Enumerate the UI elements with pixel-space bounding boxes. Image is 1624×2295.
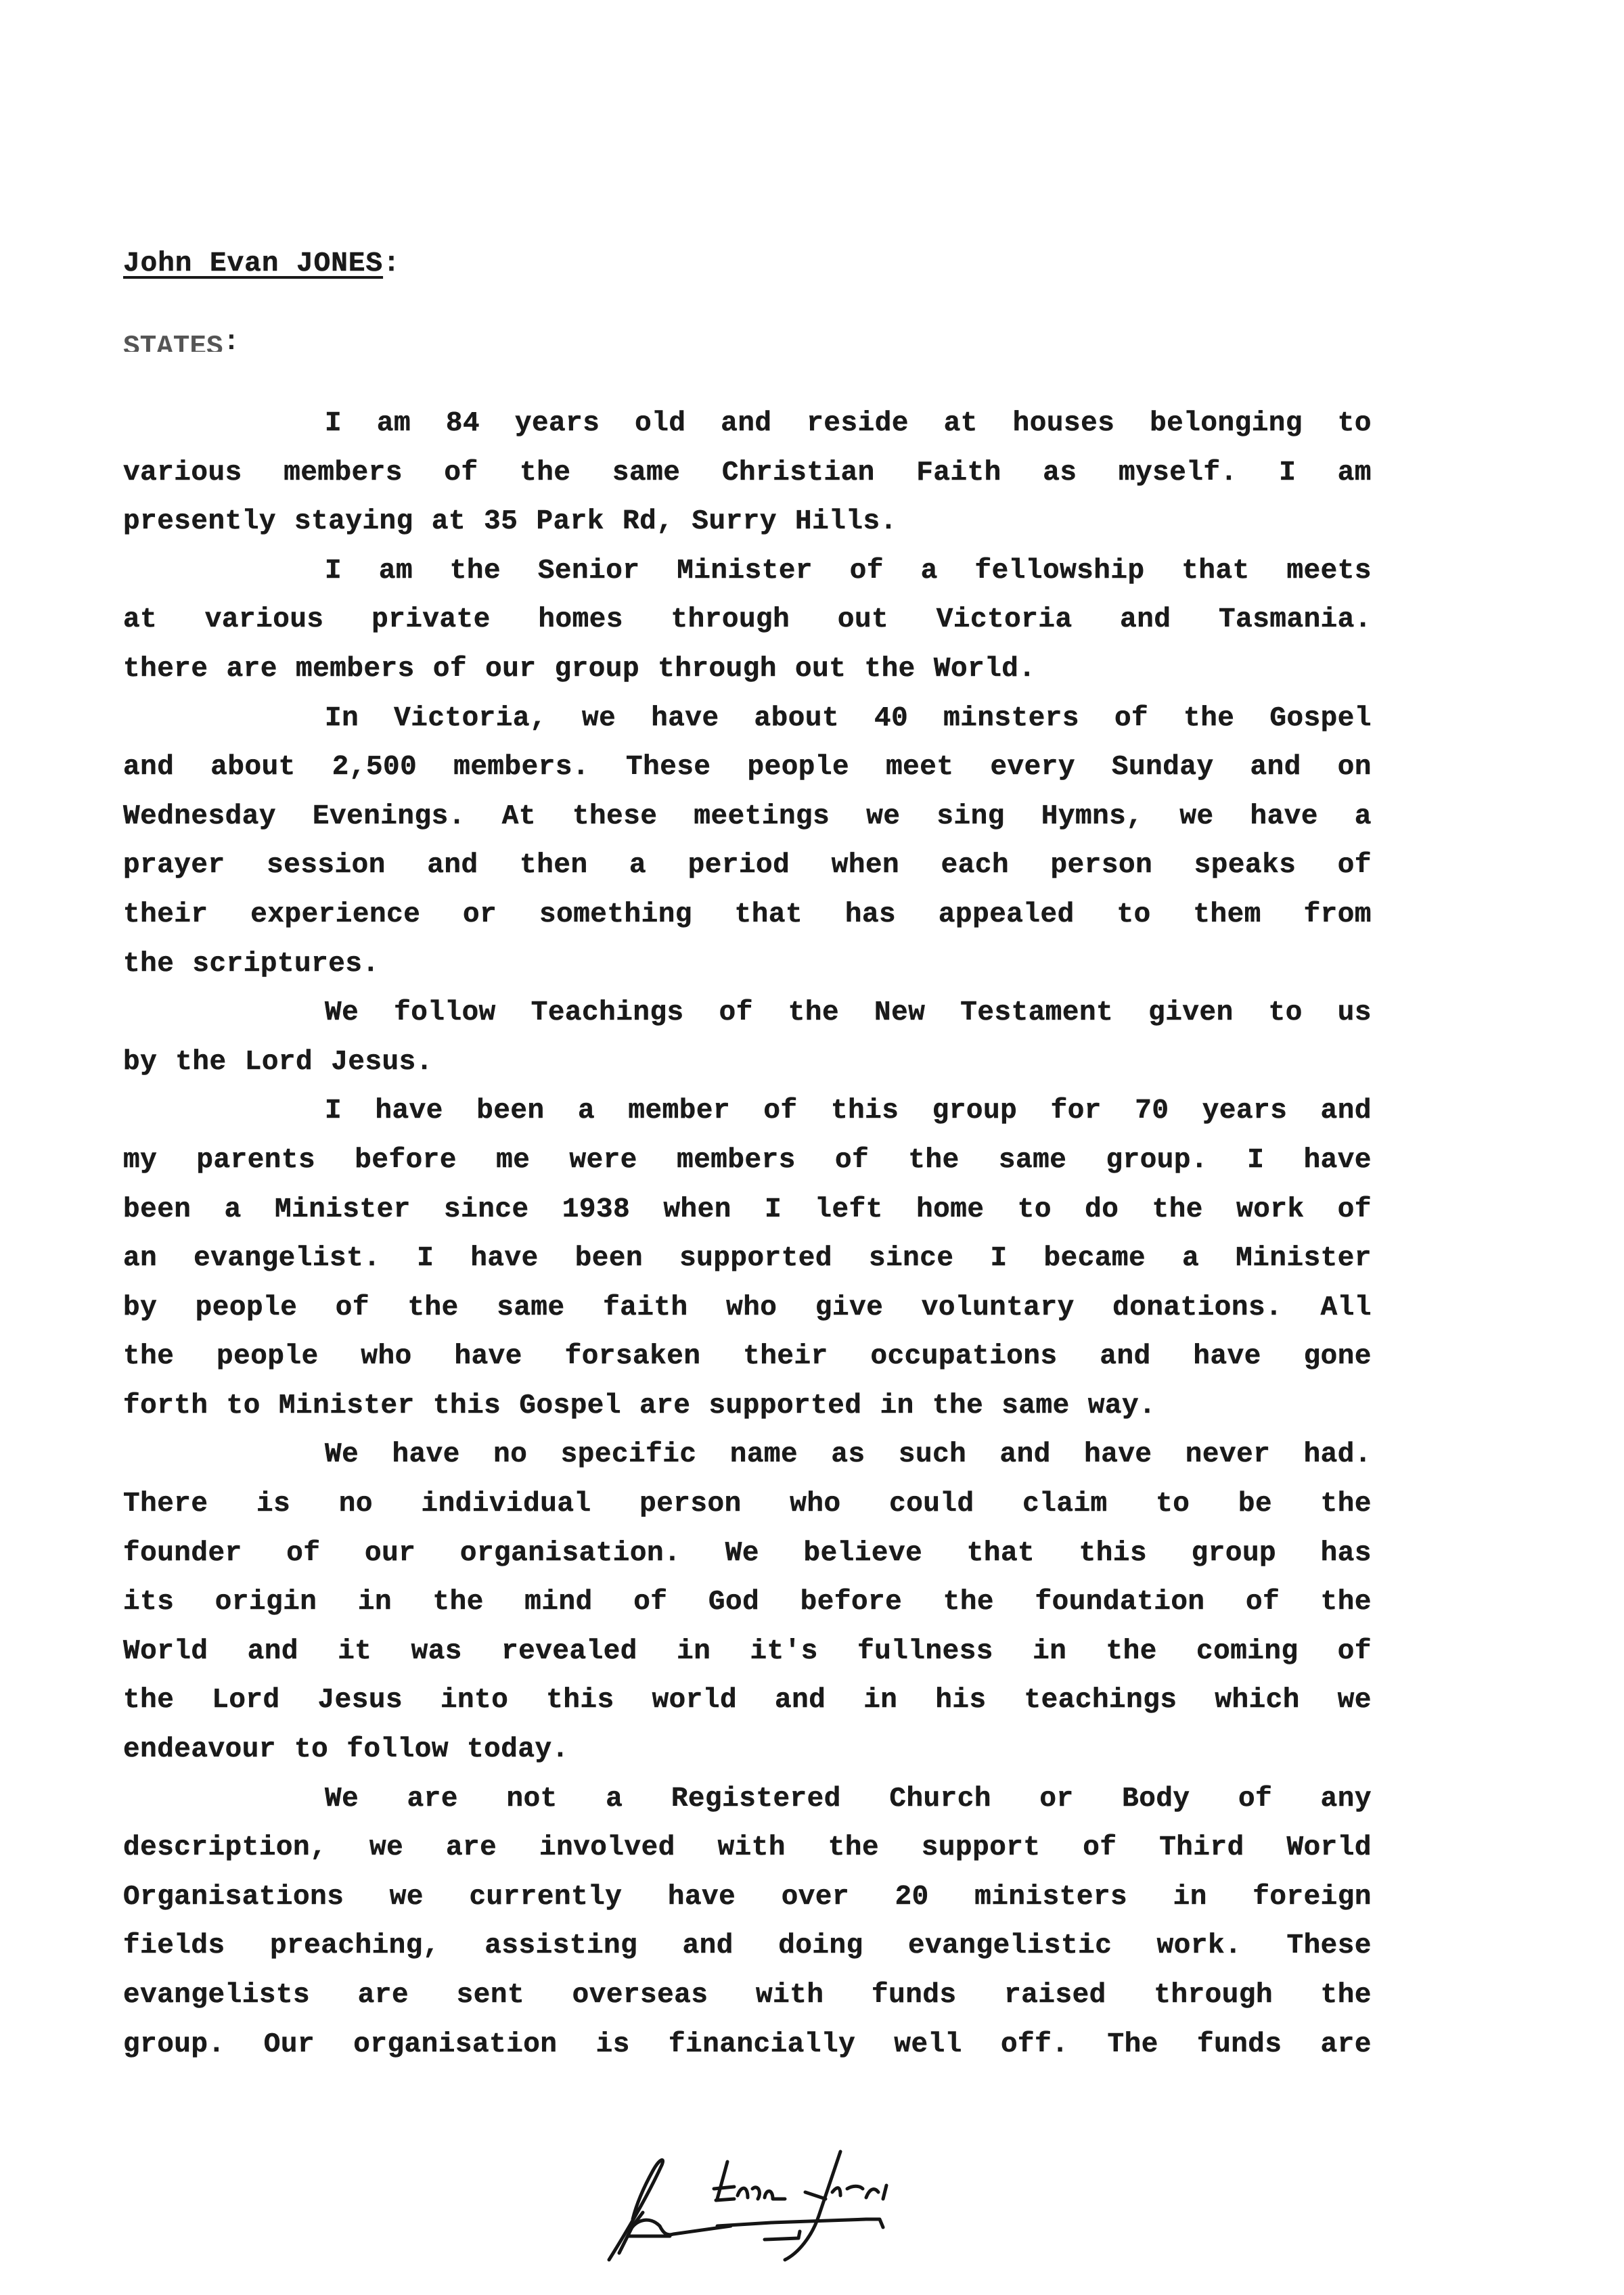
paragraph-line: presently staying at 35 Park Rd, Surry H… bbox=[123, 497, 1372, 547]
signature-text: J. Evan Jones bbox=[595, 2124, 596, 2125]
paragraph-line: There is no individual person who could … bbox=[123, 1480, 1372, 1529]
states-label: STATES bbox=[123, 325, 223, 352]
states-heading: STATES: bbox=[123, 325, 1372, 352]
paragraph-line: We have no specific name as such and hav… bbox=[123, 1430, 1372, 1480]
statement-paragraph: In Victoria, we have about 40 minsters o… bbox=[123, 694, 1372, 989]
paragraph-line: my parents before me were members of the… bbox=[123, 1136, 1372, 1185]
statement-author-heading: John Evan JONES: bbox=[123, 244, 1372, 284]
statement-paragraph: I am 84 years old and reside at houses b… bbox=[123, 399, 1372, 547]
author-name: John Evan JONES bbox=[123, 248, 383, 279]
paragraph-line: their experience or something that has a… bbox=[123, 890, 1372, 940]
paragraph-line: In Victoria, we have about 40 minsters o… bbox=[123, 694, 1372, 744]
statement-paragraph: We are not a Registered Church or Body o… bbox=[123, 1775, 1372, 2070]
paragraph-line: I have been a member of this group for 7… bbox=[123, 1087, 1372, 1136]
paragraph-line: endeavour to follow today. bbox=[123, 1725, 1372, 1775]
paragraph-line: Organisations we currently have over 20 … bbox=[123, 1873, 1372, 1922]
paragraph-line: group. Our organisation is financially w… bbox=[123, 2020, 1372, 2070]
paragraph-line: forth to Minister this Gospel are suppor… bbox=[123, 1382, 1372, 1431]
statement-paragraph: We follow Teachings of the New Testament… bbox=[123, 989, 1372, 1087]
document-page: John Evan JONES: STATES: I am 84 years o… bbox=[123, 244, 1372, 2069]
paragraph-line: description, we are involved with the su… bbox=[123, 1823, 1372, 1873]
paragraph-line: been a Minister since 1938 when I left h… bbox=[123, 1185, 1372, 1235]
statement-body: I am 84 years old and reside at houses b… bbox=[123, 399, 1372, 2069]
author-name-colon: : bbox=[383, 248, 401, 279]
paragraph-line: and about 2,500 members. These people me… bbox=[123, 743, 1372, 792]
paragraph-line: founder of our organisation. We believe … bbox=[123, 1529, 1372, 1578]
paragraph-line: various members of the same Christian Fa… bbox=[123, 449, 1372, 498]
paragraph-line: at various private homes through out Vic… bbox=[123, 595, 1372, 645]
paragraph-line: prayer session and then a period when ea… bbox=[123, 841, 1372, 890]
signature-scrawl-icon bbox=[595, 2124, 907, 2273]
paragraph-line: by the Lord Jesus. bbox=[123, 1038, 1372, 1087]
paragraph-line: Wednesday Evenings. At these meetings we… bbox=[123, 792, 1372, 842]
paragraph-line: We follow Teachings of the New Testament… bbox=[123, 989, 1372, 1038]
paragraph-line: its origin in the mind of God before the… bbox=[123, 1578, 1372, 1627]
paragraph-line: I am 84 years old and reside at houses b… bbox=[123, 399, 1372, 449]
paragraph-line: the people who have forsaken their occup… bbox=[123, 1332, 1372, 1382]
paragraph-line: by people of the same faith who give vol… bbox=[123, 1283, 1372, 1333]
paragraph-line: We are not a Registered Church or Body o… bbox=[123, 1775, 1372, 1824]
paragraph-line: I am the Senior Minister of a fellowship… bbox=[123, 547, 1372, 596]
states-colon: : bbox=[223, 325, 240, 352]
paragraph-line: fields preaching, assisting and doing ev… bbox=[123, 1922, 1372, 1971]
statement-paragraph: I have been a member of this group for 7… bbox=[123, 1087, 1372, 1430]
paragraph-line: World and it was revealed in it's fullne… bbox=[123, 1627, 1372, 1677]
paragraph-line: evangelists are sent overseas with funds… bbox=[123, 1971, 1372, 2020]
paragraph-line: an evangelist. I have been supported sin… bbox=[123, 1234, 1372, 1283]
paragraph-line: the Lord Jesus into this world and in hi… bbox=[123, 1676, 1372, 1725]
statement-paragraph: I am the Senior Minister of a fellowship… bbox=[123, 547, 1372, 694]
paragraph-line: the scriptures. bbox=[123, 940, 1372, 989]
signature: J. Evan Jones bbox=[595, 2124, 907, 2273]
statement-paragraph: We have no specific name as such and hav… bbox=[123, 1430, 1372, 1774]
paragraph-line: there are members of our group through o… bbox=[123, 645, 1372, 694]
